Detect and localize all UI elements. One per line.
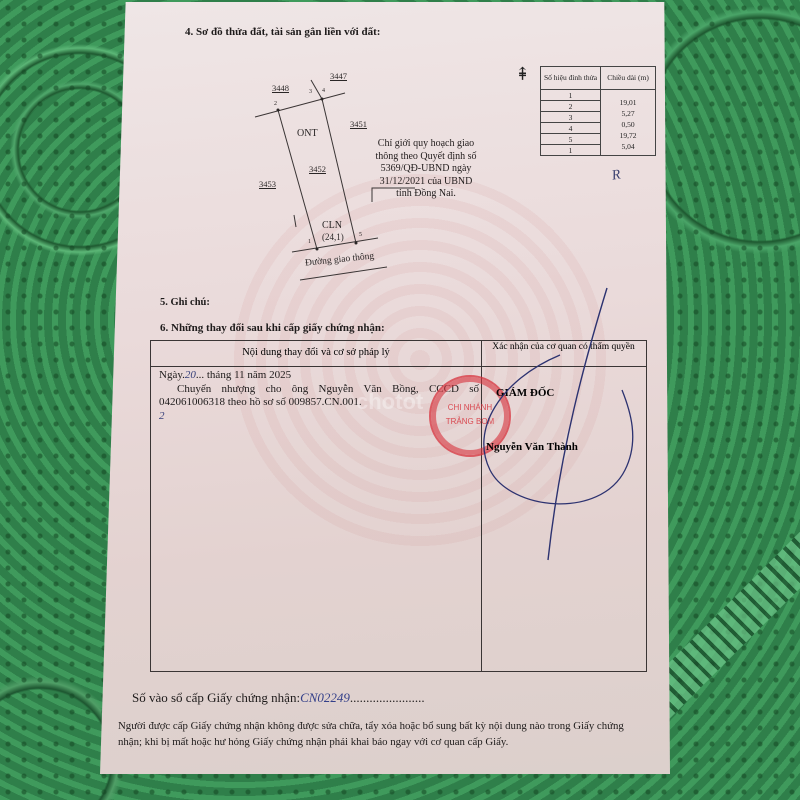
registration-line: Số vào sổ cấp Giấy chứng nhận:CN02249...… — [132, 690, 425, 706]
registration-label: Số vào sổ cấp Giấy chứng nhận: — [132, 690, 300, 705]
handwritten-signature-icon — [0, 0, 800, 800]
registration-number-handwritten: CN02249 — [300, 690, 350, 705]
warning-notice: Người được cấp Giấy chứng nhận không đượ… — [118, 718, 643, 750]
registration-dots: ....................... — [350, 690, 425, 705]
